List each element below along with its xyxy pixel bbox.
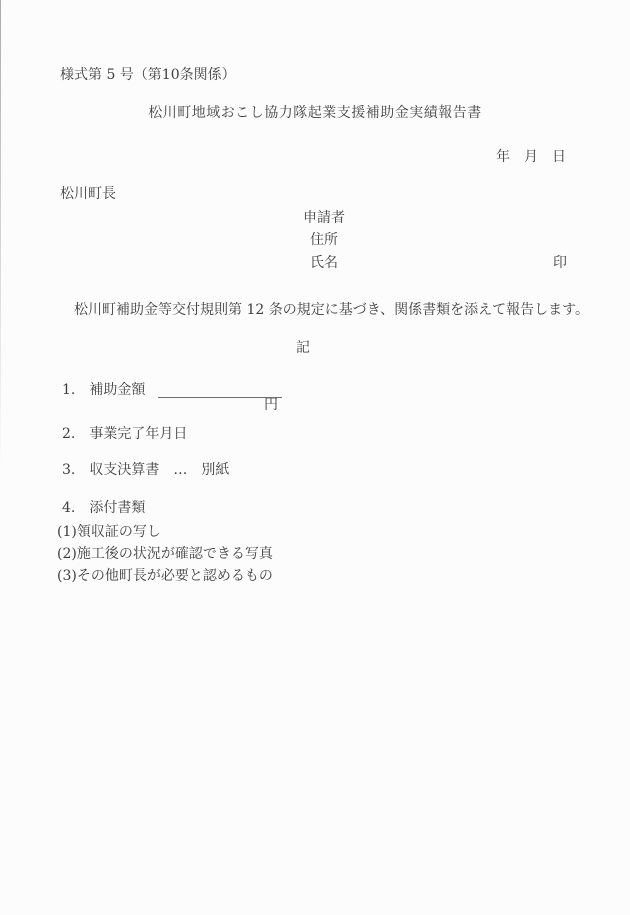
subsidy-amount-unit: 円 xyxy=(264,397,278,413)
attachment-construction-photo: (2)施工後の状況が確認できる写真 xyxy=(57,544,273,564)
attachment-receipt-copy: (1)領収証の写し xyxy=(57,522,161,542)
seal-label: 印 xyxy=(553,253,567,273)
subsidy-amount-blank: 円 xyxy=(158,381,282,398)
scan-edge-line xyxy=(0,0,1,470)
form-number: 様式第 5 号（第10条関係） xyxy=(60,65,236,85)
document-title: 松川町地域おこし協力隊起業支援補助金実績報告書 xyxy=(0,103,630,123)
applicant-label: 申請者 xyxy=(303,208,345,228)
section-marker: 記 xyxy=(0,338,618,358)
item-financial-statement: 3. 収支決算書 … 別紙 xyxy=(62,460,229,480)
attachment-other-mayor-deems: (3)その他町長が必要と認めるもの xyxy=(57,566,273,586)
item-attached-documents: 4. 添付書類 xyxy=(62,498,145,518)
document-page: 様式第 5 号（第10条関係） 松川町地域おこし協力隊起業支援補助金実績報告書 … xyxy=(0,0,630,915)
date-line: 年 月 日 xyxy=(496,147,566,167)
applicant-address-label: 住所 xyxy=(310,230,338,250)
item-subsidy-amount-label: 1. 補助金額 xyxy=(62,380,145,400)
addressee: 松川町長 xyxy=(60,184,116,204)
item-completion-date: 2. 事業完了年月日 xyxy=(62,424,187,444)
applicant-name-label: 氏名 xyxy=(310,253,338,273)
body-text: 松川町補助金等交付規則第 12 条の規定に基づき、関係書類を添えて報告します。 xyxy=(74,300,589,320)
